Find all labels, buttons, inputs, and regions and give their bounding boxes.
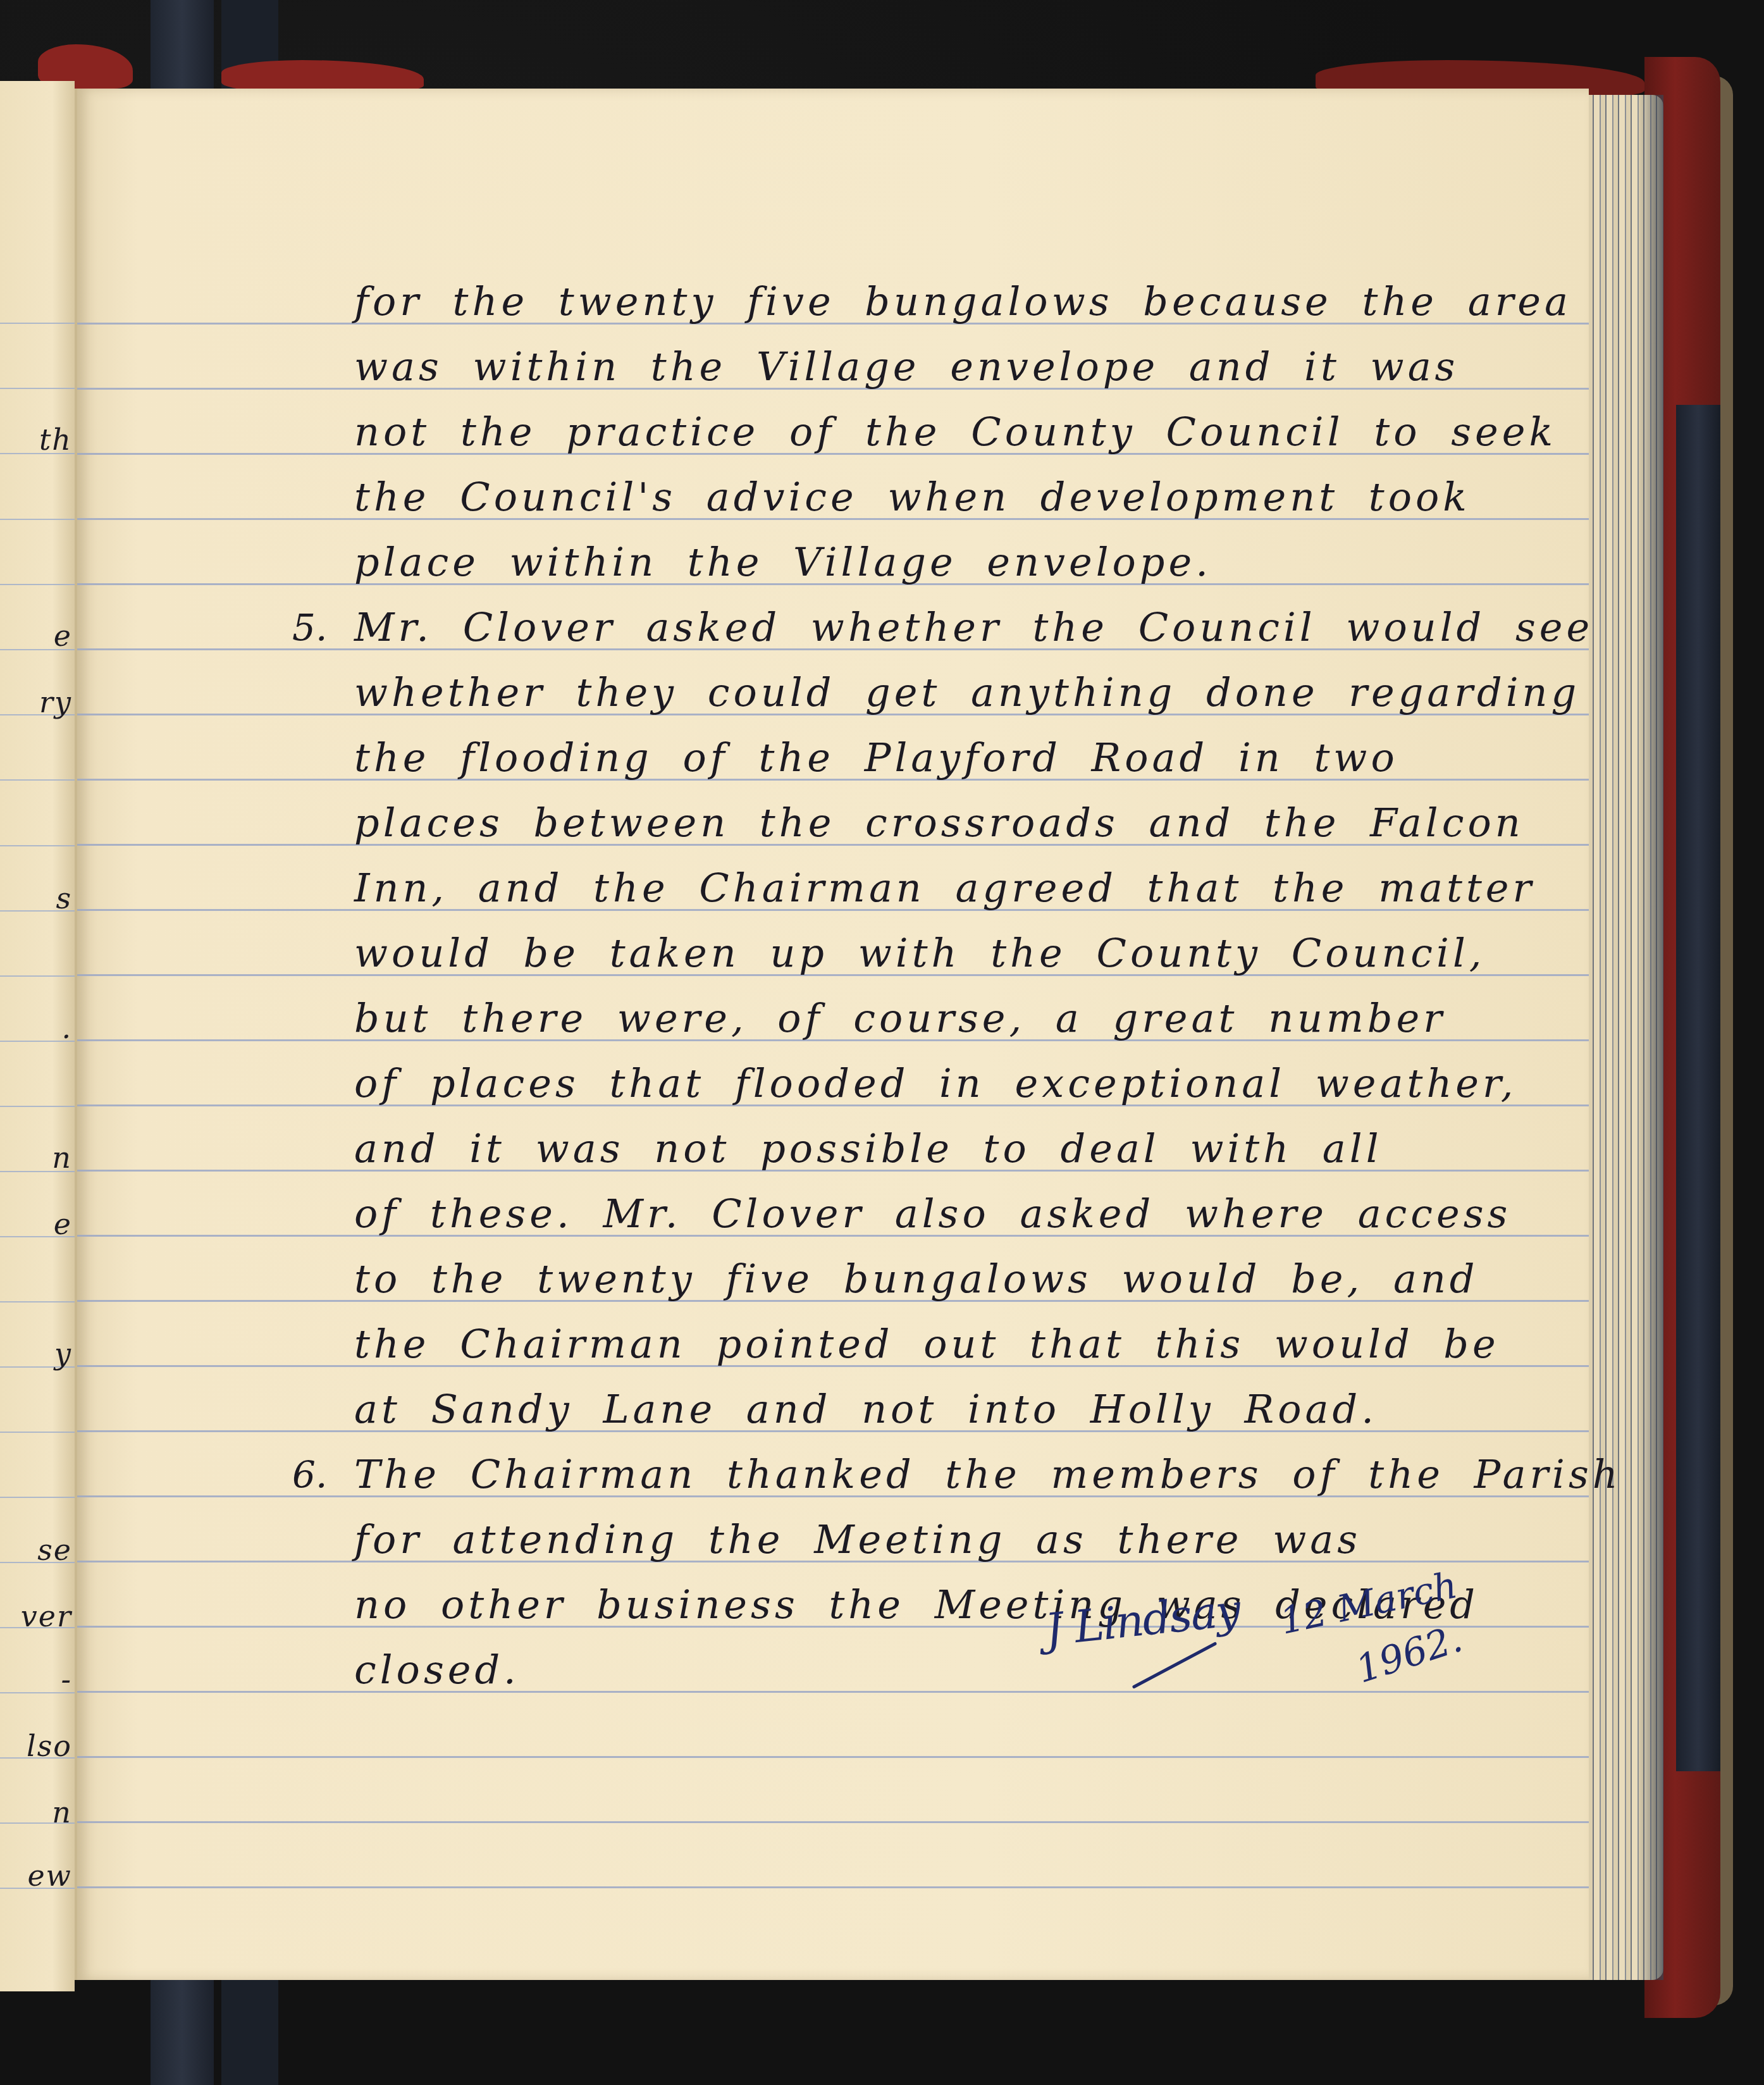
item-number: 6. — [292, 1446, 330, 1503]
left-page-fragment: n — [52, 1141, 72, 1175]
handwritten-line: place within the Village envelope. — [354, 534, 1594, 591]
left-page-fragment: ver — [21, 1599, 72, 1633]
left-page-fragment: e — [54, 1207, 72, 1241]
ruled-line — [77, 1886, 1589, 1888]
ruled-line — [77, 1756, 1589, 1758]
handwritten-line: whether they could get anything done reg… — [354, 664, 1594, 721]
left-page-fragment: lso — [27, 1729, 72, 1763]
left-page-fragment: th — [39, 423, 72, 457]
left-page-fragment: ew — [27, 1859, 72, 1893]
notebook-page: for the twenty five bungalows because th… — [77, 89, 1589, 1980]
handwritten-line: the Chairman pointed out that this would… — [354, 1316, 1594, 1373]
handwritten-line: for attending the Meeting as there was — [354, 1511, 1594, 1568]
handwritten-line: of these. Mr. Clover also asked where ac… — [354, 1185, 1594, 1242]
handwritten-line: at Sandy Lane and not into Holly Road. — [354, 1381, 1594, 1438]
left-page-fragment: e — [54, 619, 72, 653]
cloth-cover-strip — [1676, 405, 1720, 1771]
handwritten-line: and it was not possible to deal with all — [354, 1120, 1594, 1177]
handwritten-line: would be taken up with the County Counci… — [354, 925, 1594, 982]
handwritten-line: but there were, of course, a great numbe… — [354, 990, 1594, 1047]
item-number: 5. — [292, 599, 330, 656]
handwritten-line: Inn, and the Chairman agreed that the ma… — [354, 860, 1594, 917]
handwritten-line: for the twenty five bungalows because th… — [354, 273, 1594, 330]
left-page-fragment: se — [37, 1533, 72, 1567]
torn-cover-fragment — [221, 60, 424, 92]
left-page-fragment: . — [61, 1011, 72, 1045]
handwritten-line: the Council's advice when development to… — [354, 469, 1594, 526]
left-page-fragment: s — [56, 881, 72, 915]
left-page-fragment: y — [54, 1337, 72, 1371]
left-page-fragment: - — [61, 1662, 72, 1697]
handwritten-line: of places that flooded in exceptional we… — [354, 1055, 1594, 1112]
ruled-line — [77, 1821, 1589, 1823]
handwritten-line: was within the Village envelope and it w… — [354, 338, 1594, 395]
left-page: th e ry s . n e y se ver - lso n ew — [0, 81, 75, 1991]
handwritten-line: not the practice of the County Council t… — [354, 404, 1594, 461]
handwritten-line: places between the crossroads and the Fa… — [354, 795, 1594, 851]
left-page-fragment: n — [52, 1795, 72, 1829]
left-page-fragment: ry — [39, 685, 72, 719]
handwritten-line: the flooding of the Playford Road in two — [354, 729, 1594, 786]
handwritten-line: Mr. Clover asked whether the Council wou… — [354, 599, 1594, 656]
handwritten-line: to the twenty five bungalows would be, a… — [354, 1251, 1594, 1308]
handwritten-line: The Chairman thanked the members of the … — [354, 1446, 1594, 1503]
